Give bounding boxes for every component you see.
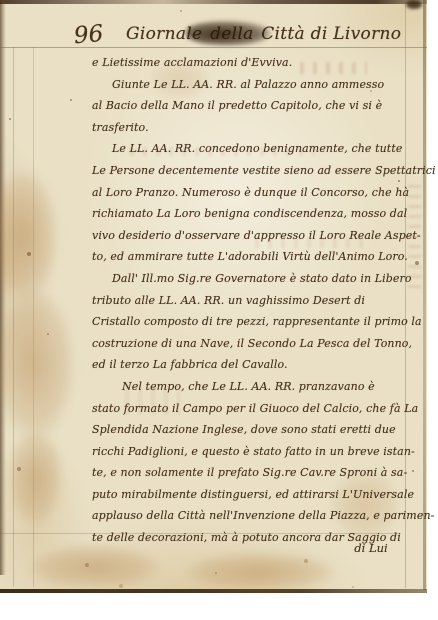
scanned-page-background: 96 Giornale della Città di Livorno e Lie… <box>0 0 438 620</box>
page-edge-nick <box>406 0 422 9</box>
manuscript-line: trasferito. <box>92 121 420 143</box>
manuscript-line: e Lietissime acclamazioni d'Evviva. <box>92 56 420 78</box>
manuscript-line: applauso della Città nell'Invenzione del… <box>92 509 420 531</box>
page-edge-top <box>0 0 427 4</box>
manuscript-line: to, ed ammirare tutte L'adorabili Virtù … <box>92 250 420 272</box>
manuscript-line: ricchi Padiglioni, e questo è stato fatt… <box>92 445 420 467</box>
manuscript-page: 96 Giornale della Città di Livorno e Lie… <box>0 0 427 593</box>
catchword: di Lui <box>336 541 406 555</box>
manuscript-line: ed il terzo La fabbrica del Cavallo. <box>92 358 420 380</box>
title-words-citta-di-livorno: Città di Livorno <box>256 24 402 44</box>
manuscript-text-block: e Lietissime acclamazioni d'Evviva.Giunt… <box>92 56 420 553</box>
manuscript-line: vivo desiderio d'osservare d'appresso il… <box>92 229 420 251</box>
page-number: 96 <box>73 21 104 49</box>
foxing-stain <box>0 170 58 300</box>
ruled-line-horizontal-top <box>0 47 427 48</box>
manuscript-line: Le Persone decentemente vestite sieno ad… <box>92 164 420 186</box>
manuscript-line: te, e non solamente il prefato Sig.re Ca… <box>92 466 420 488</box>
manuscript-line: Dall' Ill.mo Sig.re Governatore è stato … <box>92 272 420 294</box>
manuscript-line: al Bacio della Mano il predetto Capitolo… <box>92 99 420 121</box>
manuscript-line: al Loro Pranzo. Numeroso è dunque il Con… <box>92 186 420 208</box>
page-edge-bottom <box>0 589 427 593</box>
manuscript-line: tributo alle LL. AA. RR. un vaghissimo D… <box>92 294 420 316</box>
manuscript-line: Cristallo composto di tre pezzi, rappres… <box>92 315 420 337</box>
manuscript-line: Giunte Le LL. AA. RR. al Palazzo anno am… <box>92 78 420 100</box>
page-edge-right <box>423 0 426 590</box>
manuscript-line: costruzione di una Nave, il Secondo La P… <box>92 337 420 359</box>
foxing-stain <box>185 552 335 592</box>
manuscript-line: puto mirabilmente distinguersi, ed attir… <box>92 488 420 510</box>
foxing-stain <box>8 430 63 525</box>
manuscript-line: Le LL. AA. RR. concedono benignamente, c… <box>92 142 420 164</box>
manuscript-line: Nel tempo, che Le LL. AA. RR. pranzavano… <box>92 380 420 402</box>
paper-specks <box>0 0 2 2</box>
page-title: Giornale della Città di Livorno <box>126 24 401 44</box>
manuscript-line: richiamato La Loro benigna condiscendenz… <box>92 207 420 229</box>
manuscript-line: stato formato il Campo per il Giuoco del… <box>92 402 420 424</box>
ink-smudge: della <box>208 24 255 44</box>
foxing-stain <box>0 290 74 440</box>
manuscript-line: Splendida Nazione Inglese, dove sono sta… <box>92 423 420 445</box>
